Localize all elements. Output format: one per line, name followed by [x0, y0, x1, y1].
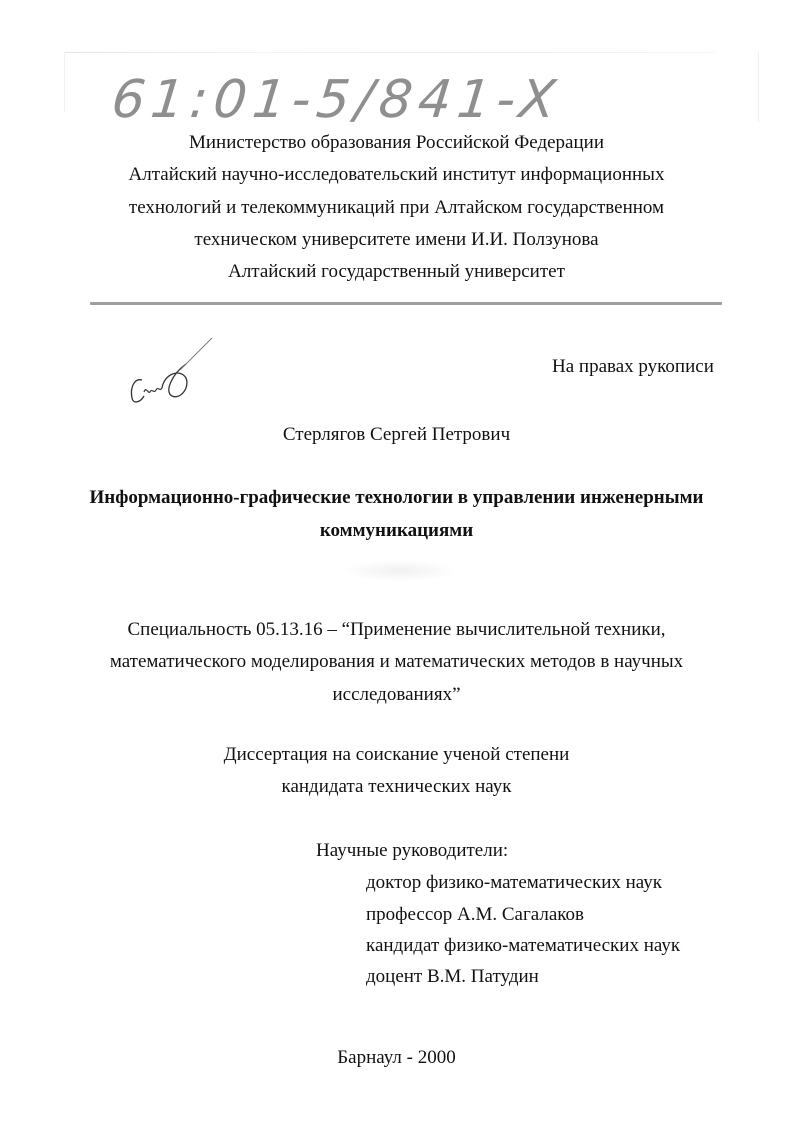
- specialty-line-2: математического моделирования и математи…: [0, 651, 793, 673]
- degree-line-2: кандидата технических наук: [0, 776, 793, 798]
- specialty-line-3: исследованиях”: [0, 684, 793, 706]
- supervisor-1-degree: доктор физико-математических наук: [366, 872, 662, 894]
- dissertation-title-line-2: коммуникациями: [0, 520, 793, 542]
- header-ministry: Министерство образования Российской Феде…: [0, 132, 793, 154]
- supervisors-label: Научные руководители:: [316, 840, 508, 862]
- header-institute-line-3: техническом университете имени И.И. Полз…: [0, 229, 793, 251]
- supervisor-2-name: доцент В.М. Патудин: [366, 966, 539, 988]
- bleed-through-artifact: [340, 560, 460, 582]
- dissertation-title-line-1: Информационно-графические технологии в у…: [0, 487, 793, 509]
- scan-edge-right: [758, 52, 759, 122]
- place-year: Барнаул - 2000: [0, 1047, 793, 1069]
- rights-notice: На правах рукописи: [552, 356, 714, 378]
- header-institute-line-2: технологий и телекоммуникаций при Алтайс…: [0, 197, 793, 219]
- supervisor-1-name: профессор А.М. Сагалаков: [366, 904, 584, 926]
- handwritten-archive-code: 61:01-5/841-X: [109, 70, 564, 130]
- header-institute-line-1: Алтайский научно-исследовательский инсти…: [0, 164, 793, 186]
- specialty-line-1: Специальность 05.13.16 – “Применение выч…: [0, 619, 793, 641]
- author-name: Стерлягов Сергей Петрович: [0, 424, 793, 446]
- header-divider: [90, 302, 722, 305]
- scan-edge-left: [64, 52, 65, 112]
- degree-line-1: Диссертация на соискание ученой степени: [0, 744, 793, 766]
- signature-icon: [120, 334, 220, 409]
- scan-edge-top: [65, 52, 715, 53]
- header-university: Алтайский государственный университет: [0, 261, 793, 283]
- supervisor-2-degree: кандидат физико-математических наук: [366, 935, 680, 957]
